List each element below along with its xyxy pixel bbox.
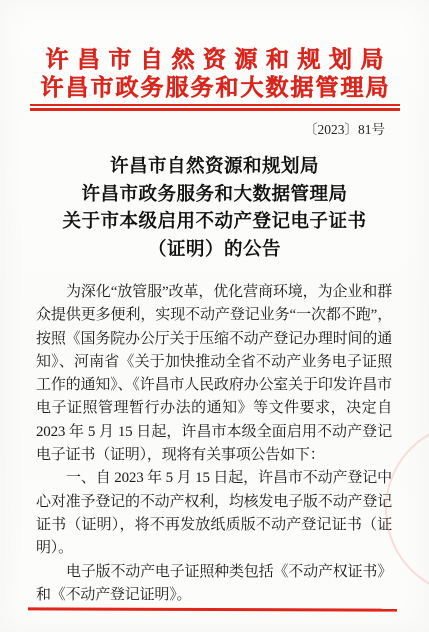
document-number: 〔2023〕81号 (0, 121, 429, 139)
letterhead-agency-1: 许昌市自然资源和规划局 (0, 46, 429, 74)
letterhead-double-rule (30, 104, 400, 111)
document-title: 许昌市自然资源和规划局 许昌市政务服务和大数据管理局 关于市本级启用不动产登记电… (0, 154, 429, 264)
letterhead-agency-2: 许昌市政务服务和大数据管理局 (0, 74, 429, 102)
scanned-official-notice-page: 许昌市自然资源和规划局 许昌市政务服务和大数据管理局 〔2023〕81号 许昌市… (0, 0, 429, 632)
body-paragraph-3: 电子版不动产电子证照种类包括《不动产权证书》和《不动产登记证明》。 (36, 561, 392, 608)
document-body: 为深化“放管服”改革，优化营商环境，为企业和群众提供更多便利，实现不动产登记业务… (36, 281, 392, 607)
body-paragraph-1: 为深化“放管服”改革，优化营商环境，为企业和群众提供更多便利，实现不动产登记业务… (36, 281, 392, 467)
footer-red-rule (28, 607, 397, 611)
red-letterhead: 许昌市自然资源和规划局 许昌市政务服务和大数据管理局 (0, 0, 429, 111)
body-paragraph-2: 一、自 2023 年 5 月 15 日起，许昌市不动产登记中心对准予登记的不动产… (36, 467, 392, 560)
